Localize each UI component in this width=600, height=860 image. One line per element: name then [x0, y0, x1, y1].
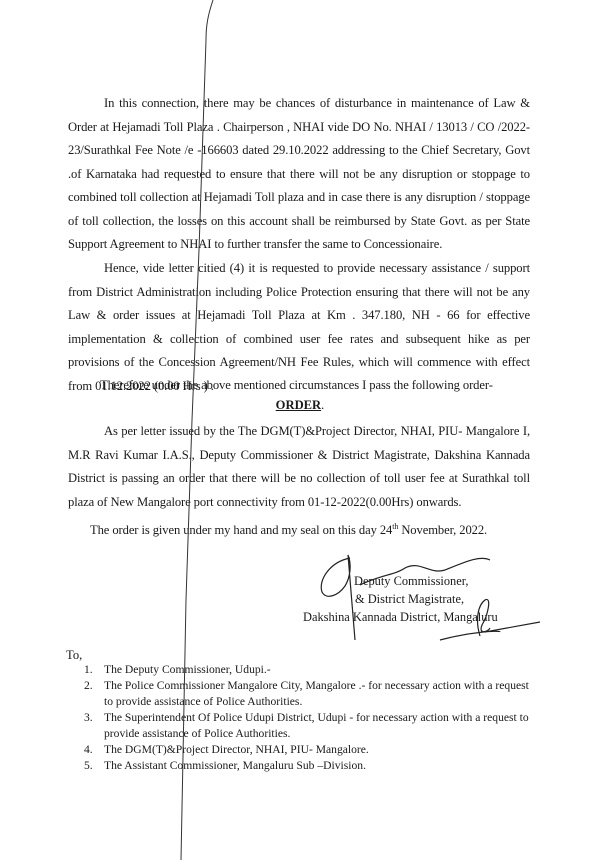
order-heading-text: ORDER [276, 398, 321, 412]
signature-designation: Deputy Commissioner, [354, 572, 468, 590]
paragraph-text: As per letter issued by the The DGM(T)&P… [68, 424, 530, 509]
recipient-item: 4.The DGM(T)&Project Director, NHAI, PIU… [80, 742, 540, 758]
order-heading: ORDER . [0, 398, 600, 413]
signature-district: Dakshina Kannada District, Mangaluru [303, 608, 498, 626]
recipient-number: 4. [84, 742, 93, 758]
paragraph-order-body: As per letter issued by the The DGM(T)&P… [68, 420, 530, 514]
recipient-item: 2.The Police Commissioner Mangalore City… [80, 678, 540, 710]
given-under-date: November, 2022. [398, 523, 487, 537]
paragraph-law-and-order: In this connection, there may be chances… [68, 92, 530, 257]
given-under-text: The order is given under my hand and my … [90, 523, 392, 537]
to-label: To, [66, 648, 82, 663]
paragraph-text: In this connection, there may be chances… [68, 96, 530, 251]
recipient-text: The Superintendent Of Police Udupi Distr… [104, 711, 529, 740]
recipient-number: 3. [84, 710, 93, 726]
paragraph-therefore: Therefore under the above mentioned circ… [68, 374, 530, 398]
recipient-text: The DGM(T)&Project Director, NHAI, PIU- … [104, 743, 369, 756]
recipient-item: 3.The Superintendent Of Police Udupi Dis… [80, 710, 540, 742]
recipient-item: 1.The Deputy Commissioner, Udupi.- [80, 662, 540, 678]
recipient-text: The Assistant Commissioner, Mangaluru Su… [104, 759, 366, 772]
recipient-text: The Police Commissioner Mangalore City, … [104, 679, 529, 708]
paragraph-text: Hence, vide letter citied (4) it is requ… [68, 261, 530, 393]
recipient-item: 5.The Assistant Commissioner, Mangaluru … [80, 758, 540, 774]
recipient-text: The Deputy Commissioner, Udupi.- [104, 663, 271, 676]
recipient-number: 2. [84, 678, 93, 694]
paragraph-given-under: The order is given under my hand and my … [68, 515, 530, 543]
order-heading-suffix: . [321, 398, 324, 413]
recipient-number: 5. [84, 758, 93, 774]
paragraph-text: Therefore under the above mentioned circ… [100, 378, 493, 392]
recipients-list: 1.The Deputy Commissioner, Udupi.- 2.The… [80, 662, 540, 774]
signature-magistrate: & District Magistrate, [355, 590, 464, 608]
scanned-order-page: In this connection, there may be chances… [0, 0, 600, 860]
recipient-number: 1. [84, 662, 93, 678]
